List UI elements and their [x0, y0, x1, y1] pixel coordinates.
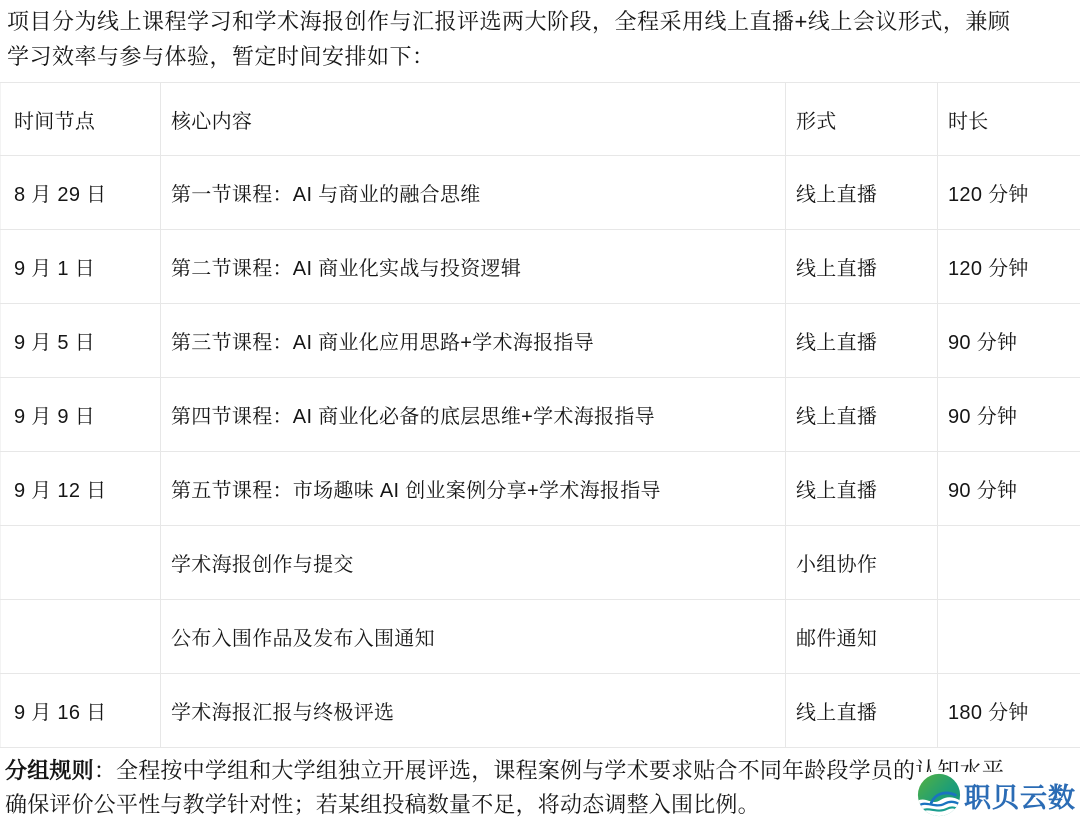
cell-date: 9 月 12 日	[1, 452, 161, 526]
cell-duration: 180 分钟	[938, 674, 1080, 748]
cell-format: 线上直播	[786, 378, 938, 452]
header-format: 形式	[786, 83, 938, 156]
schedule-table: 时间节点 核心内容 形式 时长 8 月 29 日 第一节课程：AI 与商业的融合…	[0, 82, 1080, 748]
cell-content: 学术海报汇报与终极评选	[161, 674, 786, 748]
cell-duration	[938, 600, 1080, 674]
cell-duration: 90 分钟	[938, 378, 1080, 452]
brand-watermark: 职贝云数	[916, 772, 1076, 823]
table-row: 9 月 1 日 第二节课程：AI 商业化实战与投资逻辑 线上直播 120 分钟	[1, 230, 1080, 304]
cell-content: 第二节课程：AI 商业化实战与投资逻辑	[161, 230, 786, 304]
cell-date	[1, 526, 161, 600]
cell-duration: 90 分钟	[938, 304, 1080, 378]
table-row: 8 月 29 日 第一节课程：AI 与商业的融合思维 线上直播 120 分钟	[1, 156, 1080, 230]
intro-paragraph: 项目分为线上课程学习和学术海报创作与汇报评选两大阶段，全程采用线上直播+线上会议…	[0, 0, 1080, 74]
cell-format: 线上直播	[786, 674, 938, 748]
intro-line-1: 项目分为线上课程学习和学术海报创作与汇报评选两大阶段，全程采用线上直播+线上会议…	[7, 4, 1080, 39]
cell-content: 第一节课程：AI 与商业的融合思维	[161, 156, 786, 230]
header-content: 核心内容	[161, 83, 786, 156]
header-time: 时间节点	[1, 83, 161, 156]
wave-globe-icon	[916, 772, 962, 823]
table-row: 9 月 16 日 学术海报汇报与终极评选 线上直播 180 分钟	[1, 674, 1080, 748]
table-row: 9 月 5 日 第三节课程：AI 商业化应用思路+学术海报指导 线上直播 90 …	[1, 304, 1080, 378]
document: 项目分为线上课程学习和学术海报创作与汇报评选两大阶段，全程采用线上直播+线上会议…	[0, 0, 1080, 825]
cell-content: 第五节课程：市场趣味 AI 创业案例分享+学术海报指导	[161, 452, 786, 526]
rules-line-1-text: ：全程按中学组和大学组独立开展评选，课程案例与学术要求贴合不同年龄段学员的认知水…	[94, 758, 1026, 783]
cell-date: 9 月 5 日	[1, 304, 161, 378]
table-row: 公布入围作品及发布入围通知 邮件通知	[1, 600, 1080, 674]
cell-date: 8 月 29 日	[1, 156, 161, 230]
cell-date: 9 月 16 日	[1, 674, 161, 748]
table-row: 9 月 12 日 第五节课程：市场趣味 AI 创业案例分享+学术海报指导 线上直…	[1, 452, 1080, 526]
cell-format: 线上直播	[786, 452, 938, 526]
cell-format: 线上直播	[786, 156, 938, 230]
cell-content: 公布入围作品及发布入围通知	[161, 600, 786, 674]
cell-date: 9 月 9 日	[1, 378, 161, 452]
intro-line-2: 学习效率与参与体验，暂定时间安排如下：	[7, 39, 1080, 74]
cell-date	[1, 600, 161, 674]
cell-content: 第三节课程：AI 商业化应用思路+学术海报指导	[161, 304, 786, 378]
cell-format: 邮件通知	[786, 600, 938, 674]
cell-duration: 120 分钟	[938, 156, 1080, 230]
rules-bold-prefix: 分组规则	[5, 758, 94, 783]
table-row: 9 月 9 日 第四节课程：AI 商业化必备的底层思维+学术海报指导 线上直播 …	[1, 378, 1080, 452]
cell-content: 第四节课程：AI 商业化必备的底层思维+学术海报指导	[161, 378, 786, 452]
cell-date: 9 月 1 日	[1, 230, 161, 304]
header-duration: 时长	[938, 83, 1080, 156]
table-row: 学术海报创作与提交 小组协作	[1, 526, 1080, 600]
brand-name: 职贝云数	[964, 775, 1076, 821]
cell-format: 线上直播	[786, 304, 938, 378]
cell-duration: 120 分钟	[938, 230, 1080, 304]
table-header-row: 时间节点 核心内容 形式 时长	[1, 83, 1080, 156]
cell-duration	[938, 526, 1080, 600]
cell-duration: 90 分钟	[938, 452, 1080, 526]
cell-format: 线上直播	[786, 230, 938, 304]
cell-content: 学术海报创作与提交	[161, 526, 786, 600]
cell-format: 小组协作	[786, 526, 938, 600]
